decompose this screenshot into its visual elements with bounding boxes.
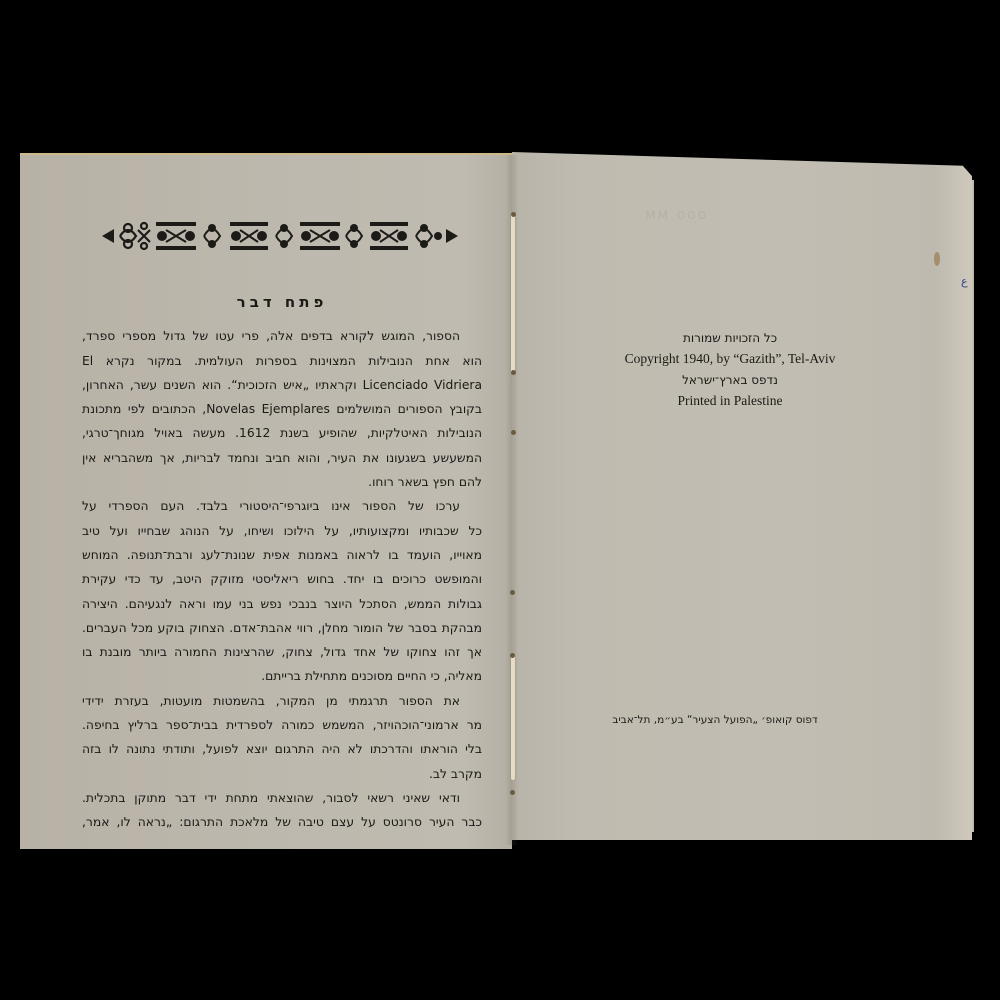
preface-body: הספור, המוגש לקורא בדפים אלה, פרי עטו של…: [82, 324, 482, 834]
text-line: להם חפץ בשאר רוחו.: [82, 470, 482, 494]
text-line: והמופשט כרוכים בו יחד. בחוש ריאליסטי מזו…: [82, 567, 482, 591]
text-line: מר ארמוני־הוכהויזר, המשמש כמורה לספרדית …: [82, 713, 482, 737]
text-line: את הספור תרגמתי מן המקור, בהשמטות מועטות…: [82, 689, 482, 713]
thread-knot: [511, 212, 516, 217]
rights-reserved: כל הזכויות שמורות: [600, 327, 860, 349]
text-line: גבולות הממש, הסתכל היוצר בנבכי נפש בני ע…: [82, 592, 482, 616]
right-page: [512, 152, 972, 840]
preface-title: פתח דבר: [82, 290, 482, 314]
printed-hebrew: נדפס בארץ־ישראל: [600, 369, 860, 391]
text-line: המשעשע בשגעונו את העיר, והוא חביב ונחמד …: [82, 446, 482, 470]
text-line: מאליה, כי החיים מסוכנים מתחילת ברייתם.: [82, 664, 482, 688]
text-line: אך זהו צחוקו של אחד גדול, צחוק, שהרצינות…: [82, 640, 482, 664]
text-line: בקובץ הספורים המושלמים Novelas Ejemplare…: [82, 397, 482, 421]
bleed-through-text: ᴍᴍ ᴏᴏᴏ: [645, 207, 708, 223]
thread-knot: [510, 790, 515, 795]
text-line: ערכו של הספור אינו ביוגרפי־היסטורי בלבד.…: [82, 494, 482, 518]
thread-knot: [511, 370, 516, 375]
text-line: מקרב לב.: [82, 762, 482, 786]
text-line: הנובילות האיטלקיות, שהופיע בשנת 1612. מע…: [82, 421, 482, 445]
text-line: הספור, המוגש לקורא בדפים אלה, פרי עטו של…: [82, 324, 482, 348]
copyright-line: Copyright 1940, by “Gazith”, Tel-Aviv: [600, 349, 860, 369]
thread-knot: [511, 430, 516, 435]
text-line: הוא אחת הנובילות המצוינות בספרות העולמית…: [82, 349, 482, 373]
printer-imprint: דפוס קואופ׳ „הפועל הצעיר“ בע״מ, תל־אביב: [600, 714, 830, 726]
text-line: מאוייו, הועמד בו לראוה באמנות אפית שנונת…: [82, 543, 482, 567]
printed-english: Printed in Palestine: [600, 391, 860, 411]
copyright-block: כל הזכויות שמורות Copyright 1940, by “Ga…: [600, 327, 860, 411]
ornament-icon: [100, 212, 460, 260]
binding-thread: [511, 655, 515, 780]
paper-stain: [934, 252, 940, 266]
preface-text: פתח דבר הספור, המוגש לקורא בדפים אלה, פר…: [82, 290, 482, 835]
thread-knot: [510, 590, 515, 595]
text-line: בלי הוראתו והדרכתו לא היה התרגום יוצא לפ…: [82, 737, 482, 761]
text-line: ודאי שאיני רשאי לסבור, שהוצאתי מתחת ידי …: [82, 786, 482, 810]
text-line: כל שכבותיו ומקצועותיו, על הילוכו ושיחו, …: [82, 519, 482, 543]
open-book: פתח דבר הספור, המוגש לקורא בדפים אלה, פר…: [0, 0, 1000, 1000]
text-line: מבהקת בסבר של הומור מחלן, רווי אהבת־אדם.…: [82, 616, 482, 640]
text-line: כבר העיר סרונטס על עצם טיבה של מלאכת התר…: [82, 810, 482, 834]
ink-mark: ع: [961, 275, 968, 288]
text-line: Licenciado Vidriera וקראתיו „איש הזכוכית…: [82, 373, 482, 397]
thread-knot: [510, 653, 515, 658]
binding-thread: [511, 213, 515, 373]
